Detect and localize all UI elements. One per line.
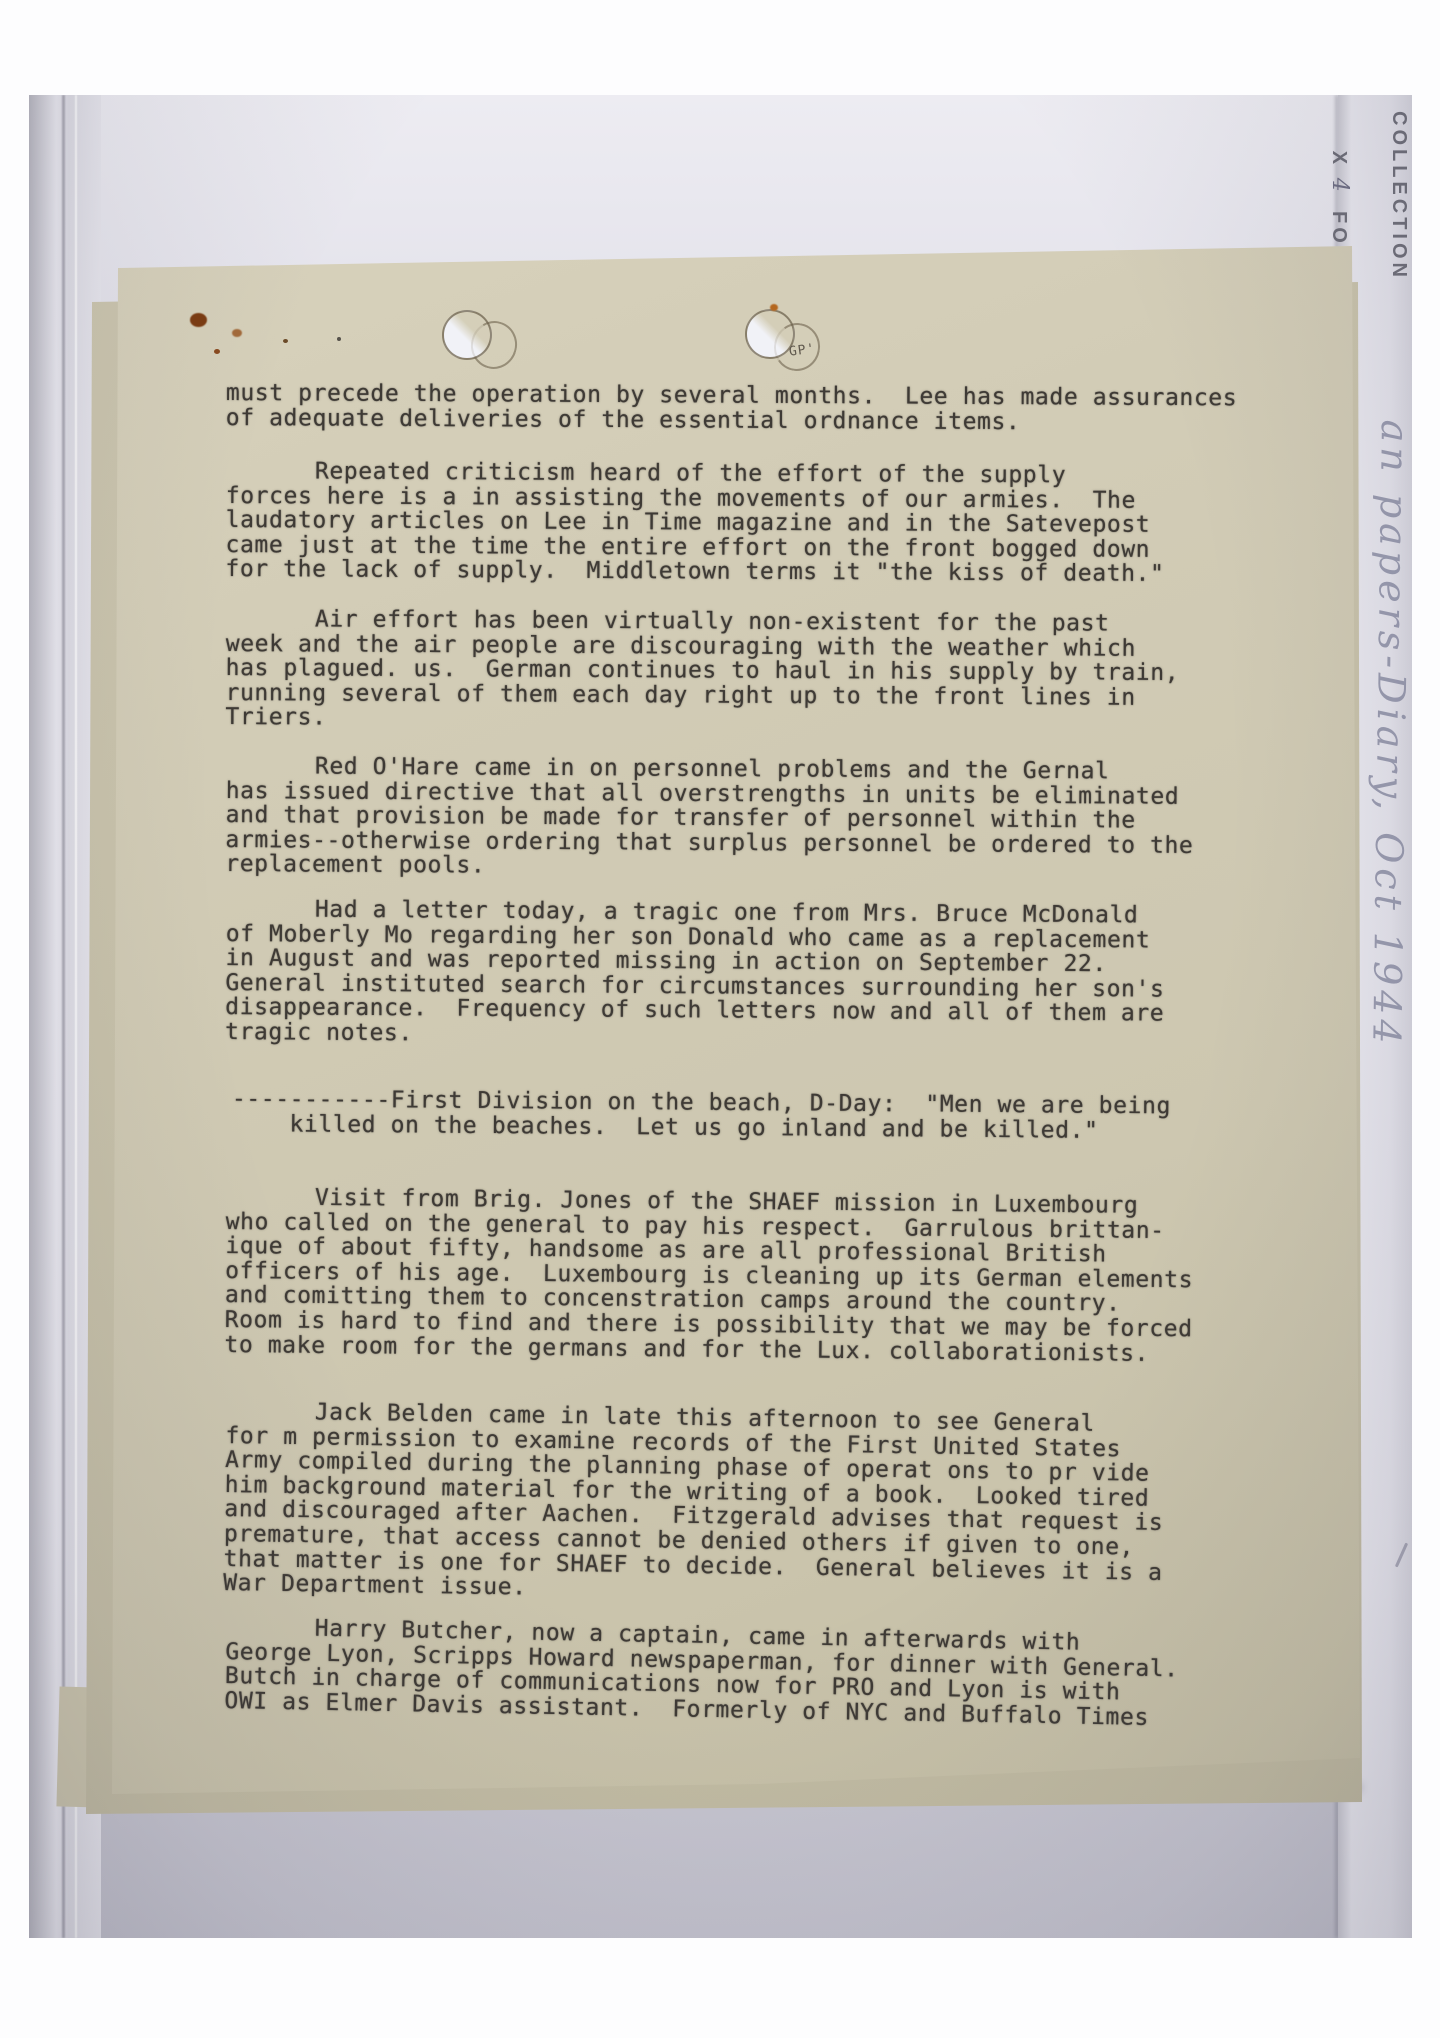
rust-stain bbox=[232, 329, 242, 337]
page-crease-line bbox=[62, 95, 65, 1938]
collection-stamp: COLLECTION bbox=[1386, 111, 1410, 291]
typed-paragraph: Red O'Hare came in on personnel problems… bbox=[225, 754, 1194, 883]
typed-paragraph: must precede the operation by several mo… bbox=[226, 381, 1238, 435]
rust-stain bbox=[283, 339, 288, 343]
ink-speck bbox=[337, 337, 341, 341]
screenshot-canvas: COLLECTION X 4 FOLDER 14 an papers-Diary… bbox=[0, 0, 1440, 2038]
typed-paragraph: Harry Butcher, now a captain, came in af… bbox=[224, 1615, 1179, 1731]
typed-paragraph: Repeated criticism heard of the effort o… bbox=[225, 459, 1165, 587]
box-number-handwritten: 4 bbox=[1327, 178, 1352, 192]
typed-paragraph: Jack Belden came in late this afternoon … bbox=[223, 1399, 1165, 1610]
typed-paragraph: Air effort has been virtually non-existe… bbox=[225, 607, 1179, 735]
rust-stain bbox=[190, 313, 207, 327]
handwritten-archive-note: an papers-Diary, Oct 1944 bbox=[1362, 419, 1412, 1100]
box-label-fragment: X bbox=[1328, 151, 1350, 168]
scanned-document-photo: COLLECTION X 4 FOLDER 14 an papers-Diary… bbox=[29, 95, 1412, 1938]
typed-paragraph: Visit from Brig. Jones of the SHAEF miss… bbox=[224, 1185, 1194, 1366]
typed-paragraph: Had a letter today, a tragic one from Mr… bbox=[225, 897, 1165, 1051]
typed-quote-block: -----------First Division on the beach, … bbox=[232, 1087, 1171, 1144]
rust-stain bbox=[214, 349, 220, 354]
rust-stain bbox=[770, 304, 778, 311]
page-crease-highlight bbox=[75, 95, 77, 1938]
